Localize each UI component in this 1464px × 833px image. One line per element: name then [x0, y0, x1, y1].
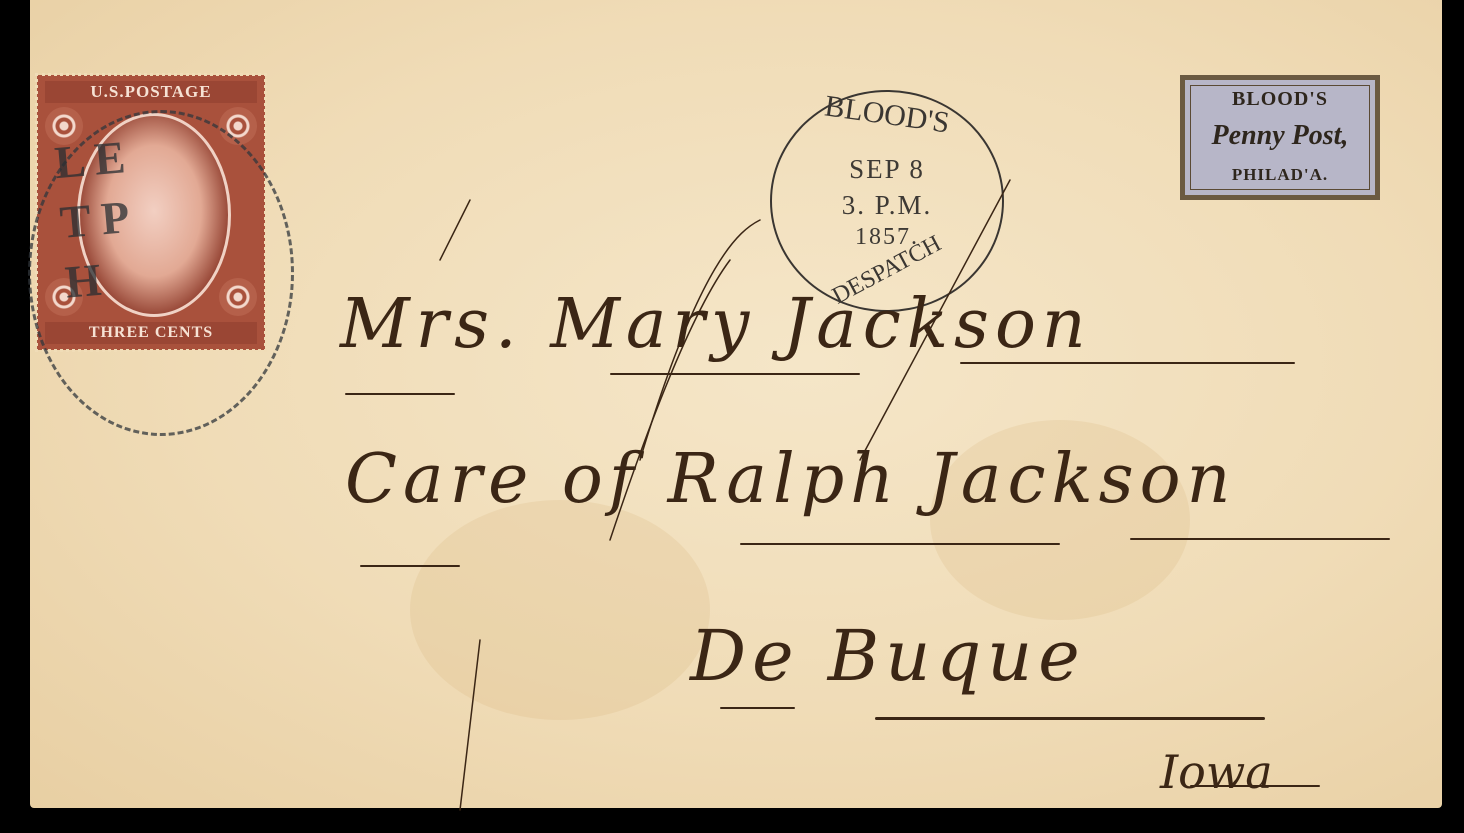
- pen-flourishes: [0, 0, 1464, 833]
